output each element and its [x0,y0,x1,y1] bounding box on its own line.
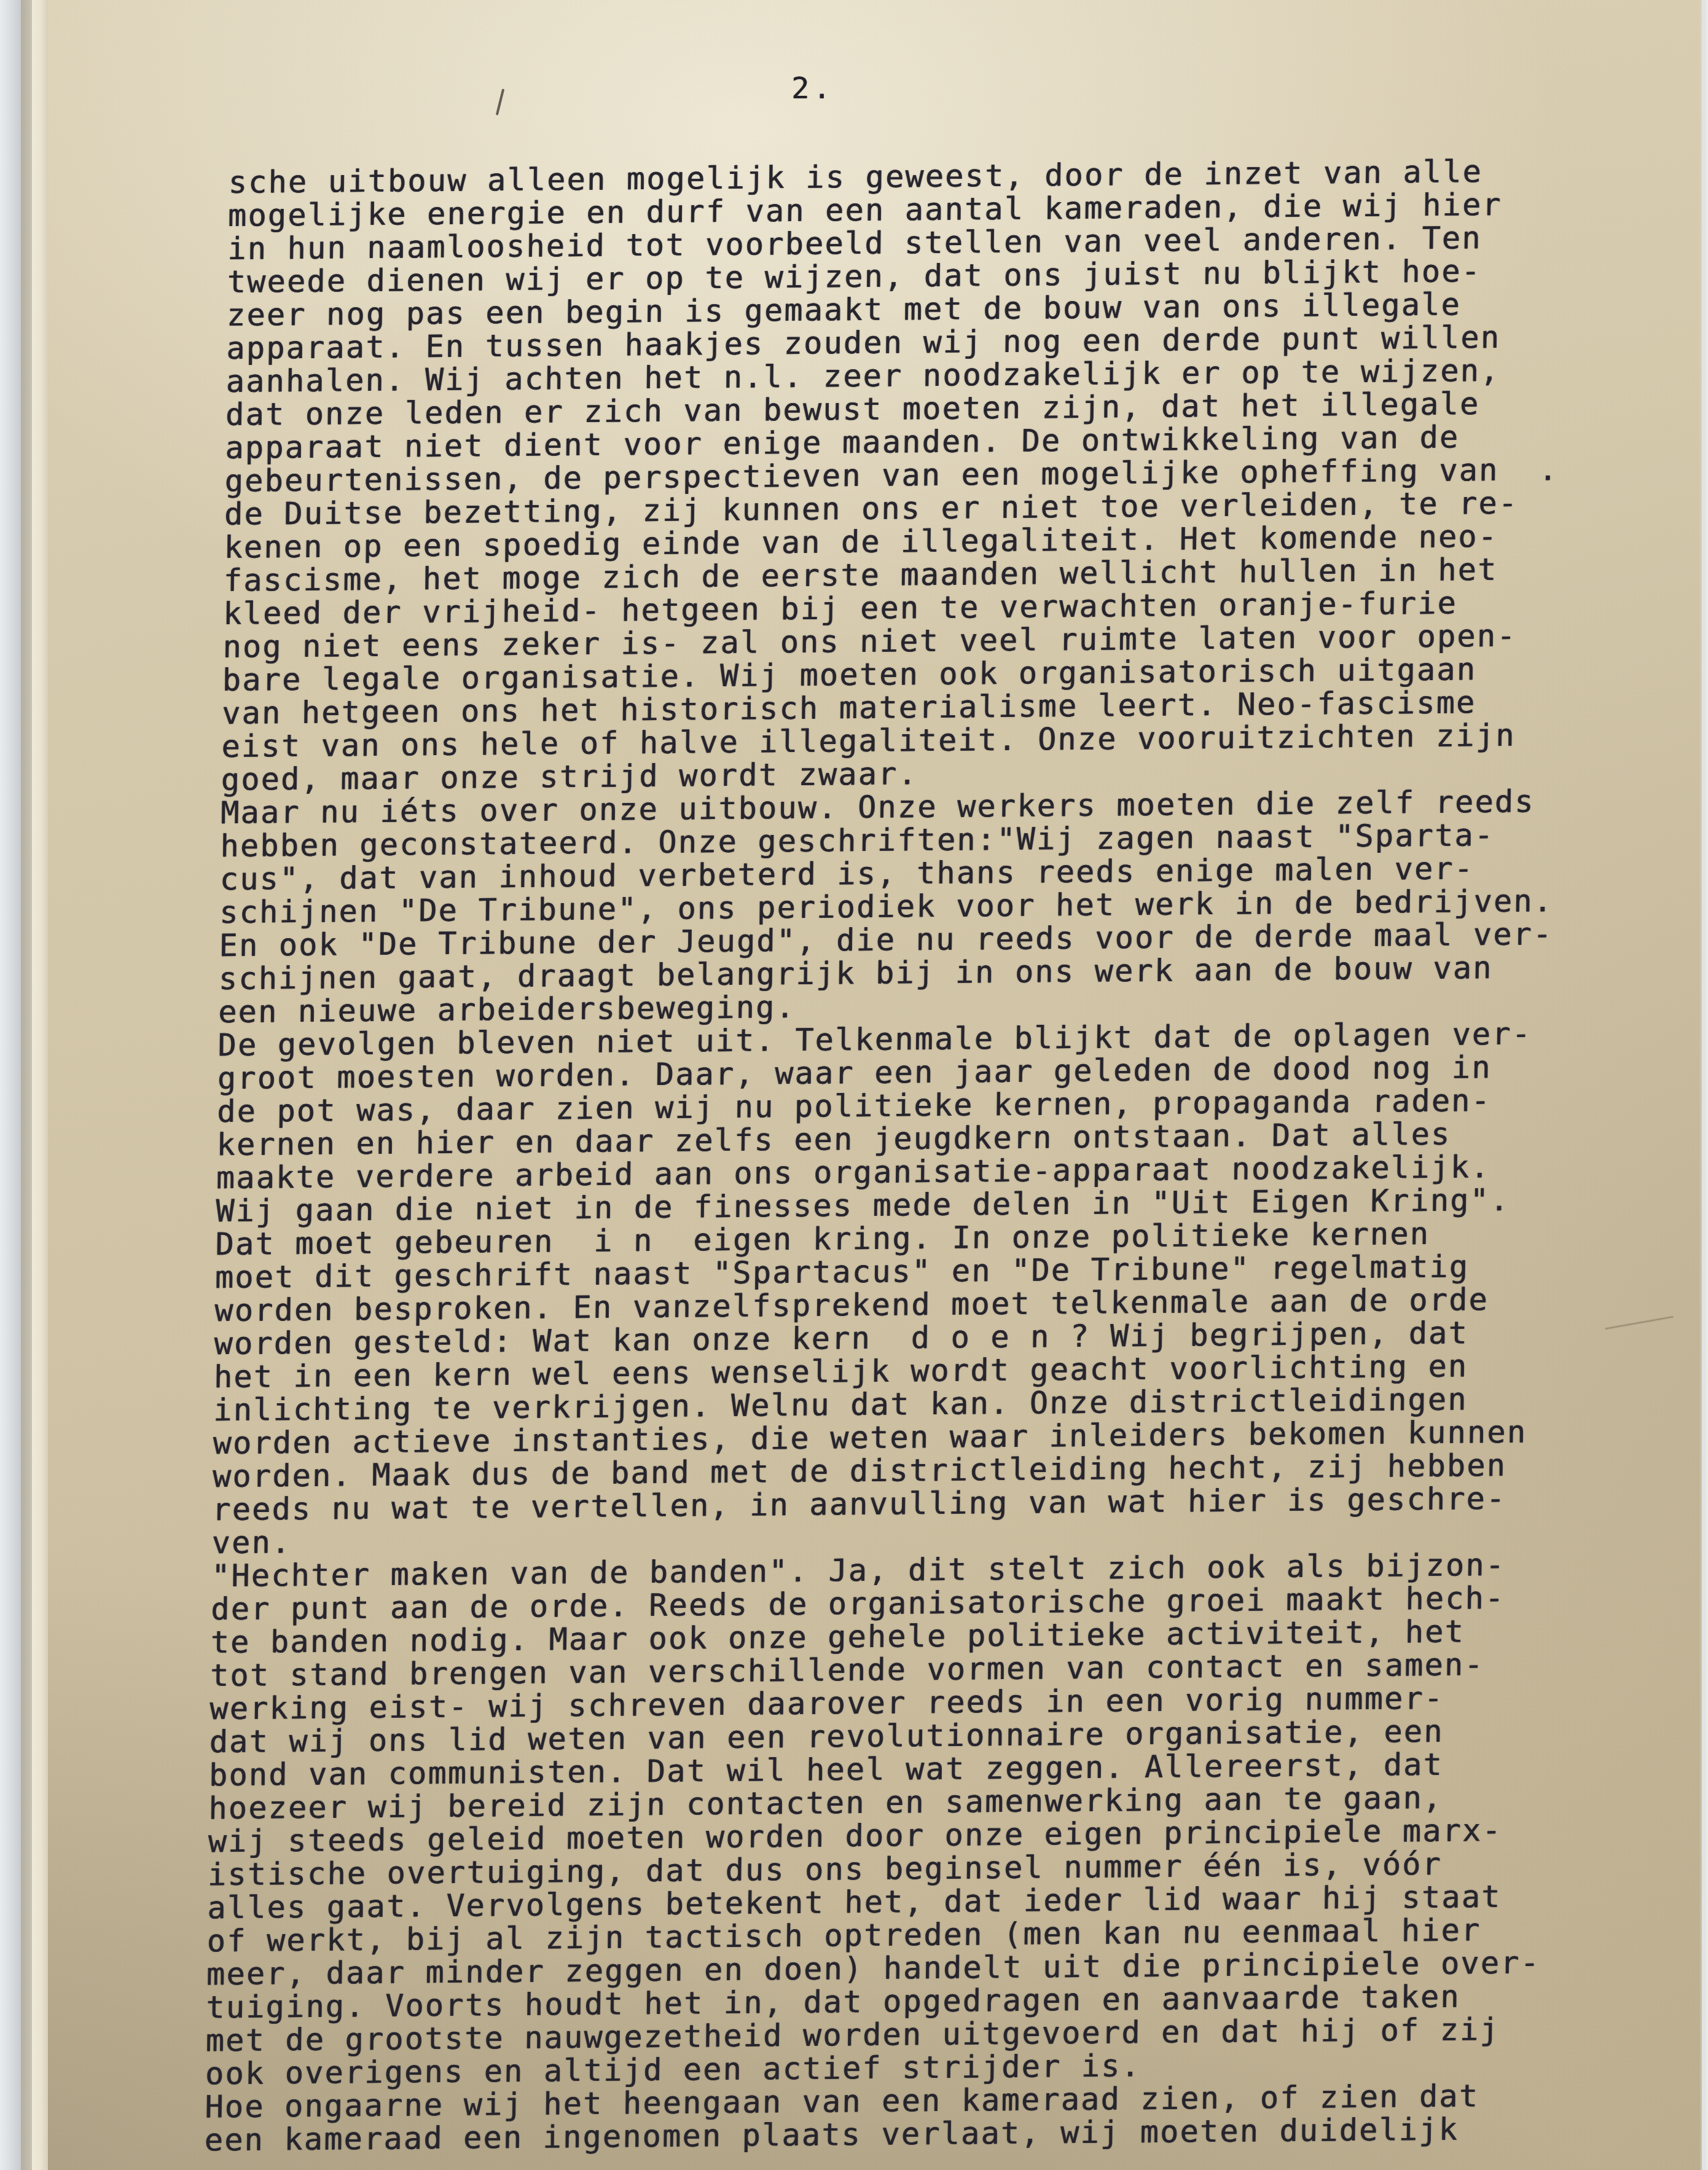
underlying-page-edge [32,0,48,2170]
typewritten-text: sche uitbouw alleen mogelijk is geweest,… [204,154,1562,2156]
scan-backing-edge [0,0,21,2170]
page-edge-shadow [21,0,32,2170]
right-page-edge [1699,0,1708,2170]
document-photo: 2. sche uitbouw alleen mogelijk is gewee… [0,0,1708,2170]
page-number: 2. [791,71,834,106]
